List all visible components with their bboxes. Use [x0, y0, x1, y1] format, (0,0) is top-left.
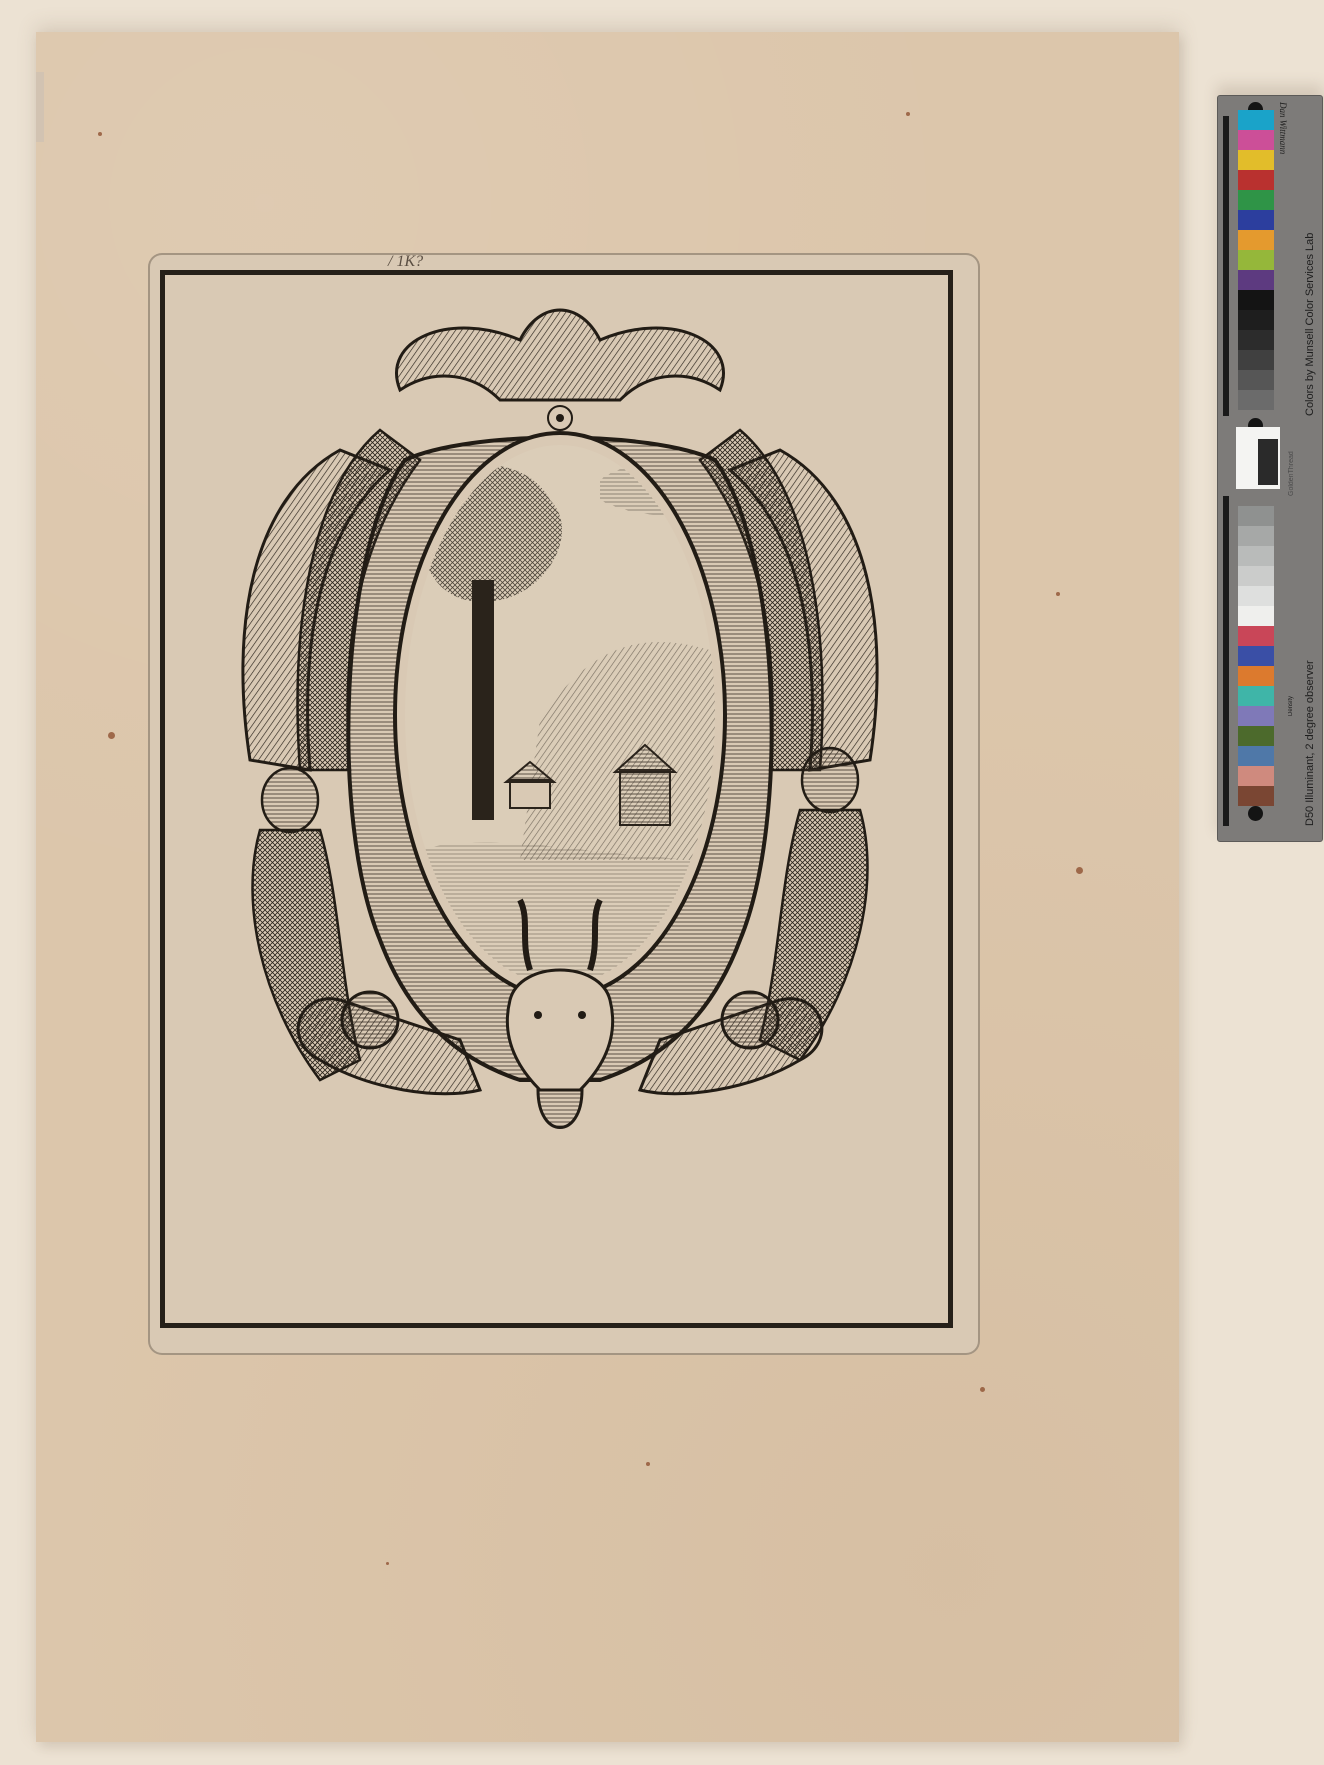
swatch-10 — [1238, 606, 1274, 626]
paper-edge-stain — [36, 72, 44, 142]
target-hole-bottom — [1248, 806, 1263, 821]
swatch-30 — [1238, 110, 1274, 130]
swatch-19 — [1238, 330, 1274, 350]
color-calibration-target: Dan Wittmann Colors by — [1217, 95, 1323, 842]
swatch-11 — [1238, 586, 1274, 606]
swatch-2 — [1238, 766, 1274, 786]
swatch-18 — [1238, 350, 1274, 370]
swatch-8 — [1238, 646, 1274, 666]
swatch-6 — [1238, 686, 1274, 706]
foxing-spot — [906, 112, 910, 116]
swatch-22 — [1238, 270, 1274, 290]
swatch-9 — [1238, 626, 1274, 646]
foxing-spot — [980, 1387, 985, 1392]
ruler-inch — [1223, 496, 1229, 826]
swatch-20 — [1238, 310, 1274, 330]
upper-swatches — [1238, 110, 1274, 410]
swatch-3 — [1238, 746, 1274, 766]
foxing-spot — [108, 732, 115, 739]
swatch-15 — [1238, 506, 1274, 526]
swatch-5 — [1238, 706, 1274, 726]
foxing-spot — [98, 132, 102, 136]
lower-swatches — [1238, 506, 1274, 806]
swatch-12 — [1238, 566, 1274, 586]
swatch-7 — [1238, 666, 1274, 686]
density-label: Density — [1288, 676, 1294, 716]
foxing-spot — [386, 1562, 389, 1565]
swatch-25 — [1238, 210, 1274, 230]
target-logo: GoldenThread — [1288, 436, 1295, 496]
target-title: Colors by Munsell Color Services Lab — [1304, 146, 1316, 416]
swatch-1 — [1238, 786, 1274, 806]
foxing-spot — [646, 1462, 650, 1466]
golden-thread-card — [1236, 427, 1280, 489]
swatch-13 — [1238, 546, 1274, 566]
swatch-14 — [1238, 526, 1274, 546]
swatch-16 — [1238, 390, 1274, 410]
swatch-21 — [1238, 290, 1274, 310]
foxing-spot — [1076, 867, 1083, 874]
swatch-24 — [1238, 230, 1274, 250]
swatch-27 — [1238, 170, 1274, 190]
foxing-spot — [1056, 592, 1060, 596]
swatch-4 — [1238, 726, 1274, 746]
plate-inscription: / 1K? — [388, 253, 423, 271]
target-maker-signature: Dan Wittmann — [1278, 102, 1288, 154]
swatch-26 — [1238, 190, 1274, 210]
crest-acanthus — [397, 310, 724, 430]
target-subtitle: D50 Illuminant, 2 degree observer — [1304, 576, 1316, 826]
swatch-23 — [1238, 250, 1274, 270]
swatch-17 — [1238, 370, 1274, 390]
ruler-cm — [1223, 116, 1229, 416]
swatch-28 — [1238, 150, 1274, 170]
swatch-29 — [1238, 130, 1274, 150]
cartouche-engraving — [220, 300, 900, 1260]
